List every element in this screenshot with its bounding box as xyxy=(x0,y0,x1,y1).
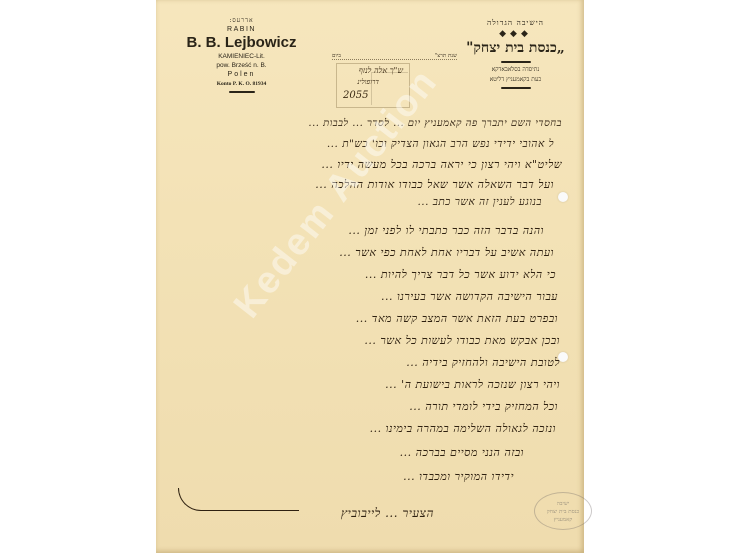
rabbi-name: B. B. Lejbowicz xyxy=(174,34,309,51)
divider xyxy=(229,91,255,93)
handwritten-line: ובכן אבקש מאת כבודו לעשות כל אשר ... xyxy=(364,334,560,347)
handwritten-line: ועתה אשיב על דבריו אחת לאחת כפי אשר ... xyxy=(339,246,554,259)
founded-subtitle: נתיסדה בסלאבאדקא xyxy=(448,66,583,73)
bank-account: Konto P. K. O. 81934 xyxy=(174,81,309,87)
letterhead-right: הישיבה הגדולה ◆◆◆ „כנסת בית יצחק" נתיסדה… xyxy=(448,18,583,89)
handwritten-line: ידידו המוקיר ומכבדו ... xyxy=(403,470,514,483)
handwritten-line: בחסדי השם יתברך פה קאמעניץ יום ... לסדר … xyxy=(308,118,562,129)
reference-line-1: ש"ך אלה לנזף xyxy=(359,66,403,75)
handwritten-line: עבור הישיבה הקדושה אשר בעירנו ... xyxy=(381,290,558,303)
punch-hole-upper xyxy=(558,192,568,202)
institution-stamp: ישיבה כנסת בית יצחק קאמעניץ xyxy=(534,492,592,530)
handwritten-line: בנוגע לענין זה אשר כתב ... xyxy=(417,196,542,208)
handwritten-line: ונזכה לגאולה השלימה במהרה בימינו ... xyxy=(370,422,556,435)
handwritten-line: ויהי רצון שנזכה לראות בישועת ה' ... xyxy=(385,378,560,391)
letter-paper: אדרעס: RABIN B. B. Lejbowicz KAMIENIEC-L… xyxy=(156,0,584,553)
handwritten-signature: הצעיר ... לייבוביץ xyxy=(341,506,434,521)
handwritten-line: ובזה הנני מסיים בברכה ... xyxy=(400,446,524,459)
handwritten-line: ובפרט בעת הזאת אשר המצב קשה מאד ... xyxy=(356,312,558,325)
letterhead-left: אדרעס: RABIN B. B. Lejbowicz KAMIENIEC-L… xyxy=(174,17,309,93)
divider xyxy=(501,61,531,63)
yeshiva-arc-text: הישיבה הגדולה xyxy=(448,18,583,27)
day-label: ביום xyxy=(332,53,341,59)
diamond-ornament-icon: ◆◆◆ xyxy=(448,29,583,39)
handwritten-line: לטובת הישיבה ולהחזיק בידיה ... xyxy=(406,356,560,369)
institution-name: „כנסת בית יצחק" xyxy=(448,40,583,57)
reference-line-2: דרופולינ xyxy=(357,78,379,86)
pen-flourish xyxy=(178,488,299,511)
country: Polen xyxy=(174,71,309,78)
rabbi-title: RABIN xyxy=(174,26,309,33)
address-label: אדרעס: xyxy=(174,17,309,24)
date-line: שנת תרצ" ביום xyxy=(332,53,457,60)
reference-number: 2055 xyxy=(343,90,368,101)
divider xyxy=(501,87,531,89)
city: KAMIENIEC-Lit. xyxy=(174,53,309,60)
district: pow. Brześć n. B. xyxy=(174,62,309,69)
handwritten-line: כי הלא ידוע אשר כל דבר צריך להיות ... xyxy=(365,268,556,281)
handwritten-line: וכל המחזיק בידי לומדי תורה ... xyxy=(409,400,558,413)
year-label: שנת תרצ" xyxy=(435,53,457,59)
handwritten-line: והנה בדבר הזה כבר כתבתי לו לפני זמן ... xyxy=(348,224,544,237)
location-subtitle: כעת בקאמעניץ דליטא xyxy=(448,76,583,83)
